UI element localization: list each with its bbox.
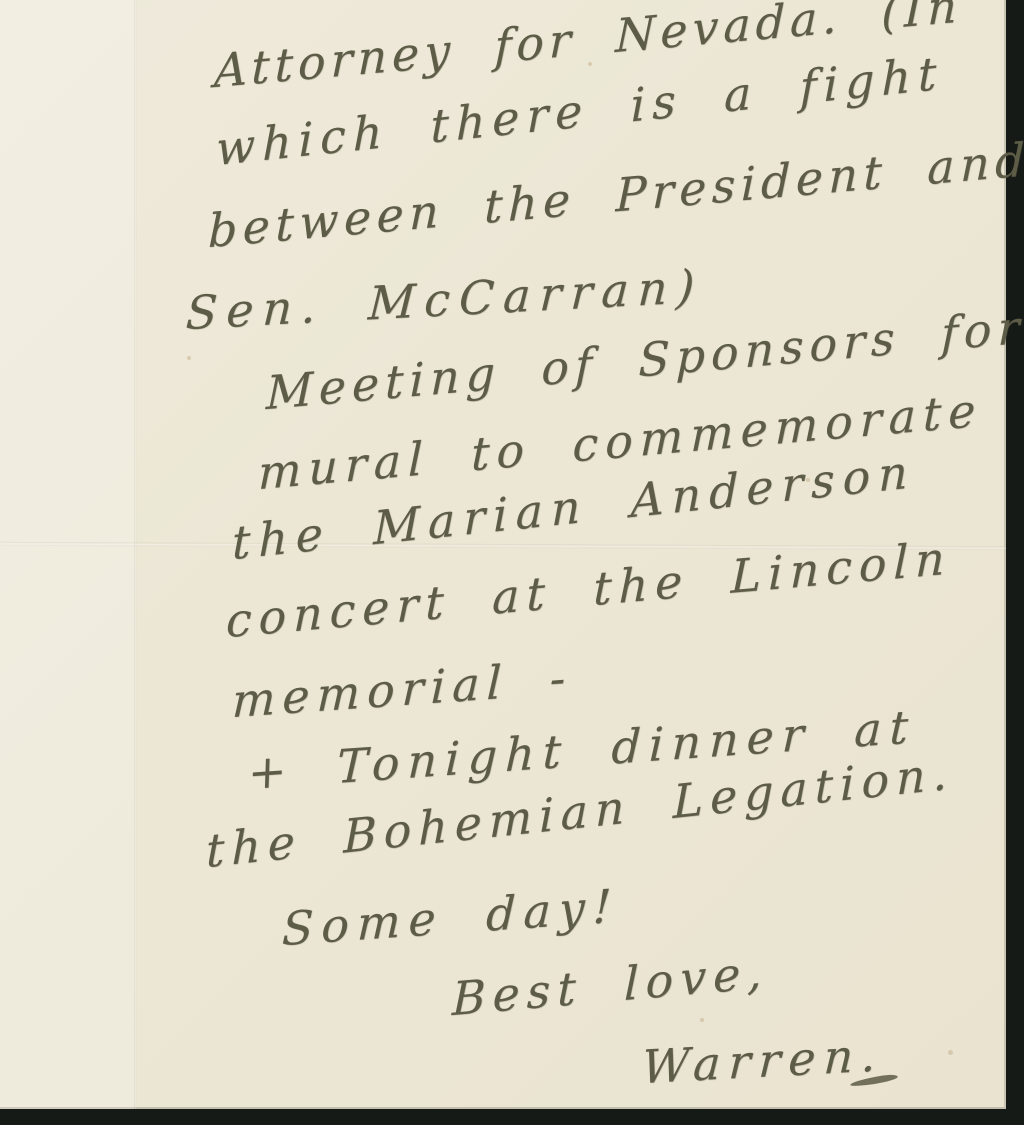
letter-line-9: memorial - (231, 650, 573, 728)
letter-paper: Attorney for Nevada. (In which there is … (0, 0, 1006, 1109)
foxing-speck (700, 1018, 704, 1022)
foxing-speck (187, 356, 191, 360)
vertical-fold-crease (134, 0, 137, 1109)
foxing-speck (948, 1050, 953, 1055)
letter-signature: Warren. (641, 1027, 886, 1094)
scanned-letter: Attorney for Nevada. (In which there is … (0, 0, 1024, 1125)
letter-line-12: Some day! (281, 878, 620, 956)
paper-left-edge-highlight (0, 0, 134, 1109)
letter-line-4: Sen. McCarran) (185, 259, 705, 340)
letter-closing: Best love, (452, 944, 770, 1026)
